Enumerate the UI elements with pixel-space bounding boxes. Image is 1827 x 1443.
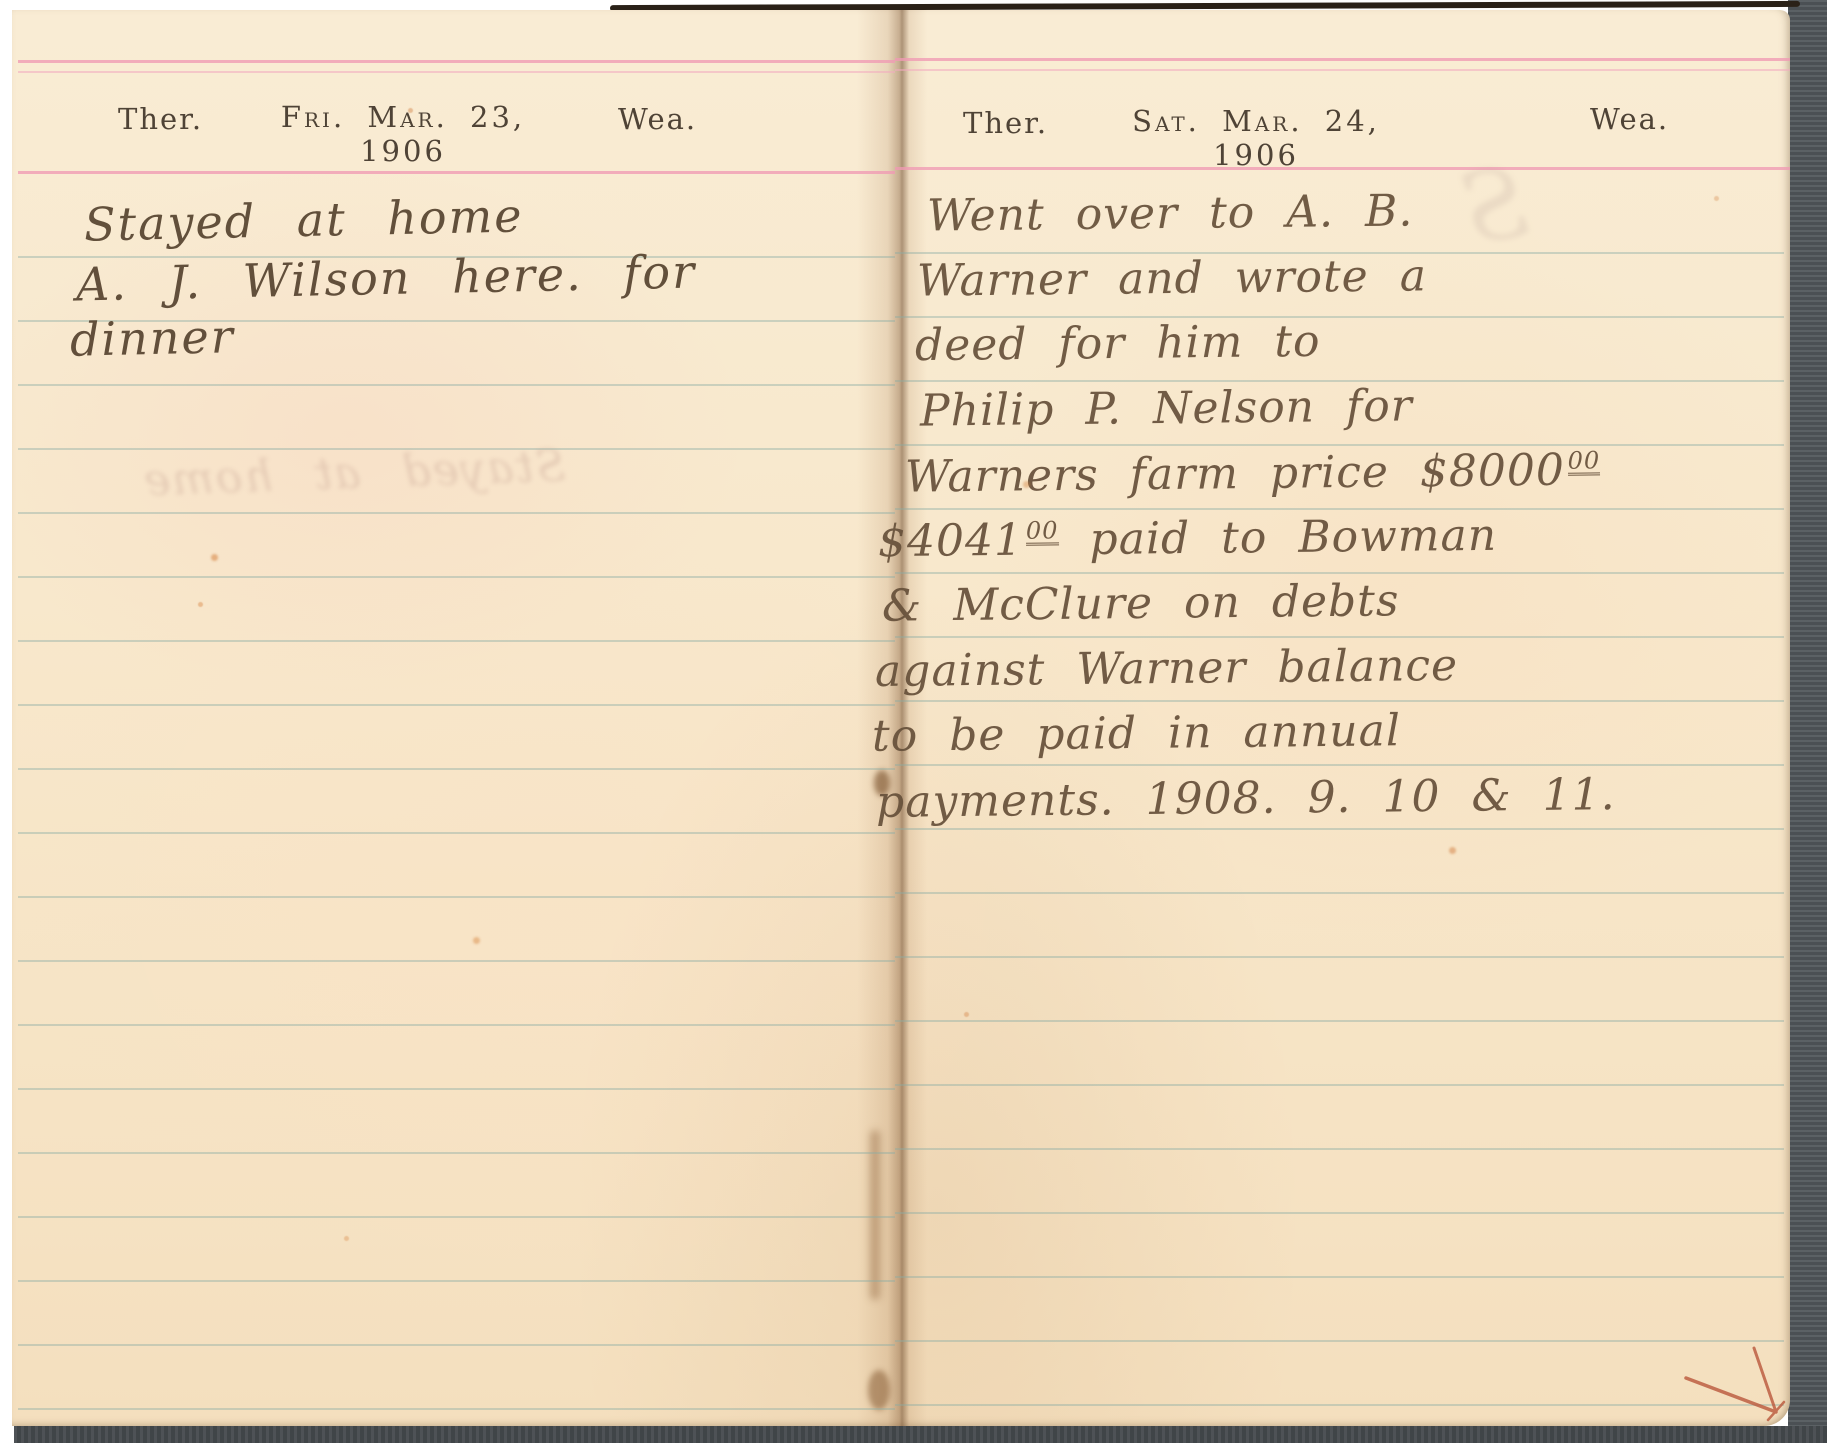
handwritten-line: Went over to A. B. <box>927 185 1414 241</box>
handwritten-line: deed for him to <box>915 316 1321 371</box>
bleed-through-mark: S <box>1455 146 1536 266</box>
handwriting-text: Warners farm price $8000 <box>905 445 1565 503</box>
pink-ruled-line <box>18 71 895 73</box>
handwriting-text: $4041 <box>878 515 1024 568</box>
ther-label-right: Ther. <box>963 106 1048 140</box>
pink-ruled-line <box>18 60 895 63</box>
handwritten-line: to be paid in annual <box>872 705 1401 762</box>
handwriting-text: payments. 1908. 9. 10 & 11. <box>876 769 1616 828</box>
handwriting-text: Philip P. Nelson for <box>920 380 1413 436</box>
handwriting-text: dinner <box>69 309 235 366</box>
handwritten-line: payments. 1908. 9. 10 & 11. <box>876 769 1616 828</box>
handwriting-text: Stayed at home <box>83 188 523 251</box>
handwriting-text: Warner and wrote a <box>917 250 1427 306</box>
blue-ruled-lines <box>18 194 895 1418</box>
handwritten-line: $404100 paid to Bowman <box>878 510 1498 567</box>
pink-ruled-line <box>895 58 1790 61</box>
handwritten-line: dinner <box>69 309 235 366</box>
superscript-cents: 00 <box>1568 448 1601 475</box>
book-cover-right-edge <box>1788 0 1827 1443</box>
pink-ruled-line <box>18 171 895 174</box>
date-heading-right: Sat. Mar. 24, 1906 <box>1106 104 1406 172</box>
handwritten-line: Warner and wrote a <box>917 250 1427 306</box>
diary-scan-photo: Ther. Fri. Mar. 23, 1906 Wea. Ther. Sat.… <box>0 0 1827 1443</box>
date-heading-left: Fri. Mar. 23, 1906 <box>262 100 544 168</box>
handwritten-line: & McClure on debts <box>882 575 1400 631</box>
handwriting-text: & McClure on debts <box>882 575 1400 631</box>
book-cover-bottom-edge <box>14 1426 1827 1443</box>
age-spots <box>12 10 17 15</box>
corner-pen-mark <box>1680 1342 1800 1426</box>
ther-label-left: Ther. <box>118 102 203 136</box>
handwriting-text: deed for him to <box>915 316 1321 371</box>
wea-label-left: Wea. <box>618 102 697 136</box>
handwritten-line: against Warner balance <box>875 640 1459 697</box>
handwritten-line: Warners farm price $800000 <box>905 444 1601 502</box>
superscript-cents: 00 <box>1026 518 1059 545</box>
pink-ruled-line <box>895 69 1790 71</box>
wea-label-right: Wea. <box>1590 102 1669 136</box>
page-spread: Ther. Fri. Mar. 23, 1906 Wea. Ther. Sat.… <box>12 10 1790 1426</box>
handwriting-text: to be paid in annual <box>872 705 1401 762</box>
handwriting-text: paid to Bowman <box>1058 510 1497 566</box>
handwritten-line: Stayed at home <box>83 188 523 251</box>
handwritten-line: Philip P. Nelson for <box>920 380 1413 436</box>
handwriting-text: against Warner balance <box>875 640 1459 697</box>
handwriting-text: Went over to A. B. <box>927 185 1414 241</box>
